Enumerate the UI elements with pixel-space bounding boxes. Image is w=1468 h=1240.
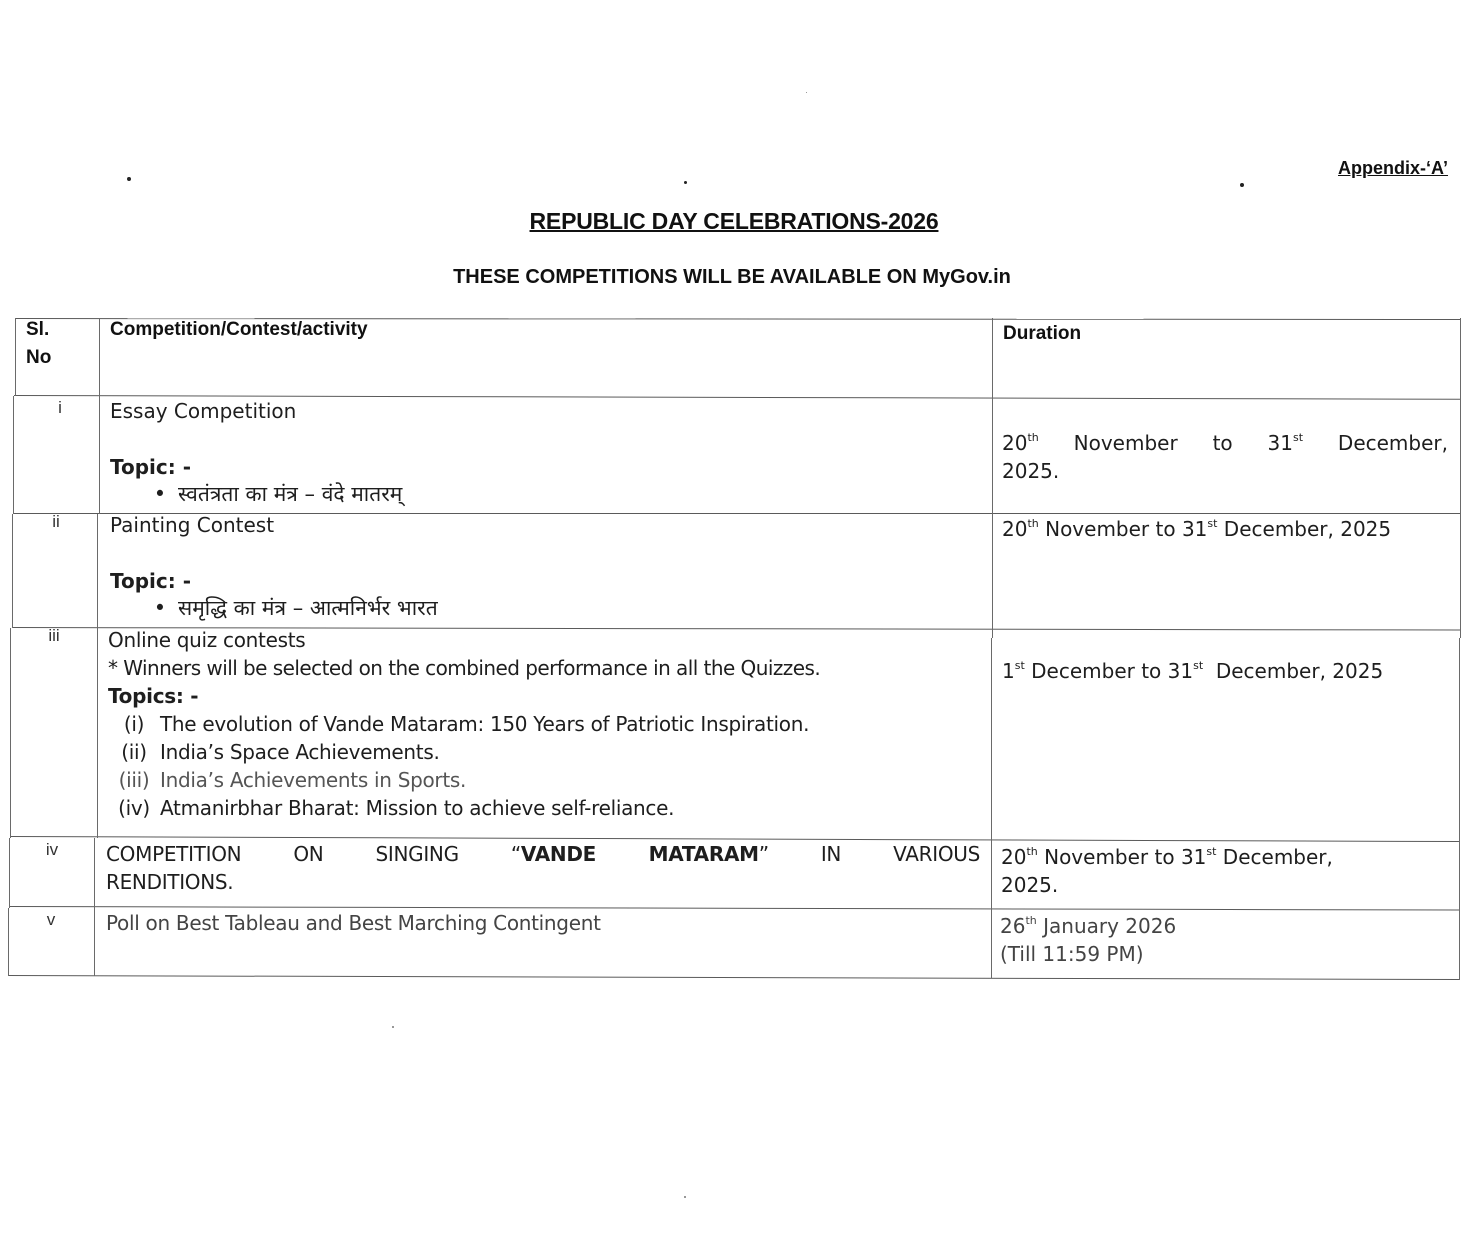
row-2-topic-text: समृद्धि का मंत्र – आत्मनिर्भर भारत [178, 596, 438, 620]
row-3-duration: 1st December to 31st December, 2025 [1002, 657, 1452, 685]
scan-speck [806, 92, 807, 93]
header-sl-no-line2: No [26, 344, 51, 372]
table-border-left [10, 628, 11, 838]
scan-speck [1240, 183, 1244, 187]
table-border-bottom [8, 975, 1459, 980]
row-4-title-line1: COMPETITION ON SINGING “VANDE MATARAM” I… [106, 840, 980, 868]
header-sl-no-line1: Sl. [26, 316, 51, 344]
row-4-sl: iv [10, 840, 94, 860]
row-3-duration-line1: 1st December to 31st December, 2025 [1002, 657, 1452, 685]
row-1-topic-label: Topic: - [110, 453, 980, 481]
scan-speck [684, 181, 687, 184]
row-2-topic-item: •समृद्धि का मंत्र – आत्मनिर्भर भारत [100, 595, 980, 621]
column-divider [94, 838, 95, 976]
row-4-duration-line1: 20th November to 31st December, [1001, 843, 1451, 871]
table-border-left [12, 514, 13, 628]
row-2-duration: 20th November to 31st December, 2025 [1002, 515, 1452, 543]
table-row-1-activity: Essay Competition Topic: - •स्वतंत्रता क… [110, 397, 980, 507]
row-3-topic-item: (iv)Atmanirbhar Bharat: Mission to achie… [108, 794, 988, 822]
row-1-duration: 20th November to 31st December, 2025. [1002, 429, 1448, 485]
table-border-left [15, 318, 16, 396]
scan-speck [127, 177, 131, 181]
row-4-title-line2: RENDITIONS. [106, 868, 980, 896]
header-activity: Competition/Contest/activity [110, 316, 368, 344]
table-row-3-activity: Online quiz contests * Winners will be s… [108, 626, 988, 822]
appendix-label: Appendix-‘A’ [1338, 158, 1448, 179]
row-3-topic-item: (ii)India’s Space Achievements. [108, 738, 988, 766]
table-row-2-activity: Painting Contest Topic: - •समृद्धि का मं… [110, 511, 980, 621]
row-5-duration-line1: 26th January 2026 [1000, 912, 1450, 940]
row-1-duration-line2: 2025. [1002, 457, 1448, 485]
row-2-topic-label: Topic: - [110, 567, 980, 595]
row-4-duration: 20th November to 31st December, 2025. [1001, 843, 1451, 899]
row-1-topic-item: •स्वतंत्रता का मंत्र – वंदे मातरम् [100, 481, 980, 507]
table-row-4-activity: COMPETITION ON SINGING “VANDE MATARAM” I… [106, 840, 980, 896]
table-row-5-activity: Poll on Best Tableau and Best Marching C… [106, 909, 976, 937]
header-sl-no: Sl. No [26, 316, 51, 372]
scan-speck [392, 1026, 394, 1028]
column-divider [991, 638, 992, 978]
row-5-duration-line2: (Till 11:59 PM) [1000, 940, 1450, 968]
row-1-duration-line1: 20th November to 31st December, [1002, 429, 1448, 457]
row-1-title: Essay Competition [110, 397, 980, 425]
row-4-duration-line2: 2025. [1001, 871, 1451, 899]
bullet-icon: • [142, 595, 178, 621]
bullet-icon: • [142, 481, 178, 507]
page-subtitle: THESE COMPETITIONS WILL BE AVAILABLE ON … [0, 266, 1466, 289]
row-3-sl: iii [12, 626, 96, 646]
page-title: REPUBLIC DAY CELEBRATIONS-2026 [0, 208, 1468, 235]
table-border-left [13, 396, 14, 514]
row-5-sl: v [9, 910, 93, 930]
table-border-right [1460, 318, 1461, 638]
row-3-topic-item: (i)The evolution of Vande Mataram: 150 Y… [108, 710, 988, 738]
row-5-duration: 26th January 2026 (Till 11:59 PM) [1000, 912, 1450, 968]
row-3-topic-label: Topics: - [108, 682, 988, 710]
row-1-topic-text: स्वतंत्रता का मंत्र – वंदे मातरम् [178, 482, 402, 506]
scan-speck [684, 1196, 686, 1198]
table-border-right [1459, 638, 1460, 980]
column-divider [97, 514, 98, 838]
row-3-title: Online quiz contests [108, 626, 988, 654]
row-2-duration-line1: 20th November to 31st December, 2025 [1002, 515, 1452, 543]
column-divider [992, 318, 993, 638]
row-2-sl: ii [14, 512, 98, 532]
row-2-title: Painting Contest [110, 511, 980, 539]
header-duration: Duration [1003, 320, 1081, 348]
row-1-sl: i [18, 398, 102, 418]
row-3-topic-item: (iii)India’s Achievements in Sports. [108, 766, 988, 794]
row-3-note: * Winners will be selected on the combin… [108, 654, 988, 682]
